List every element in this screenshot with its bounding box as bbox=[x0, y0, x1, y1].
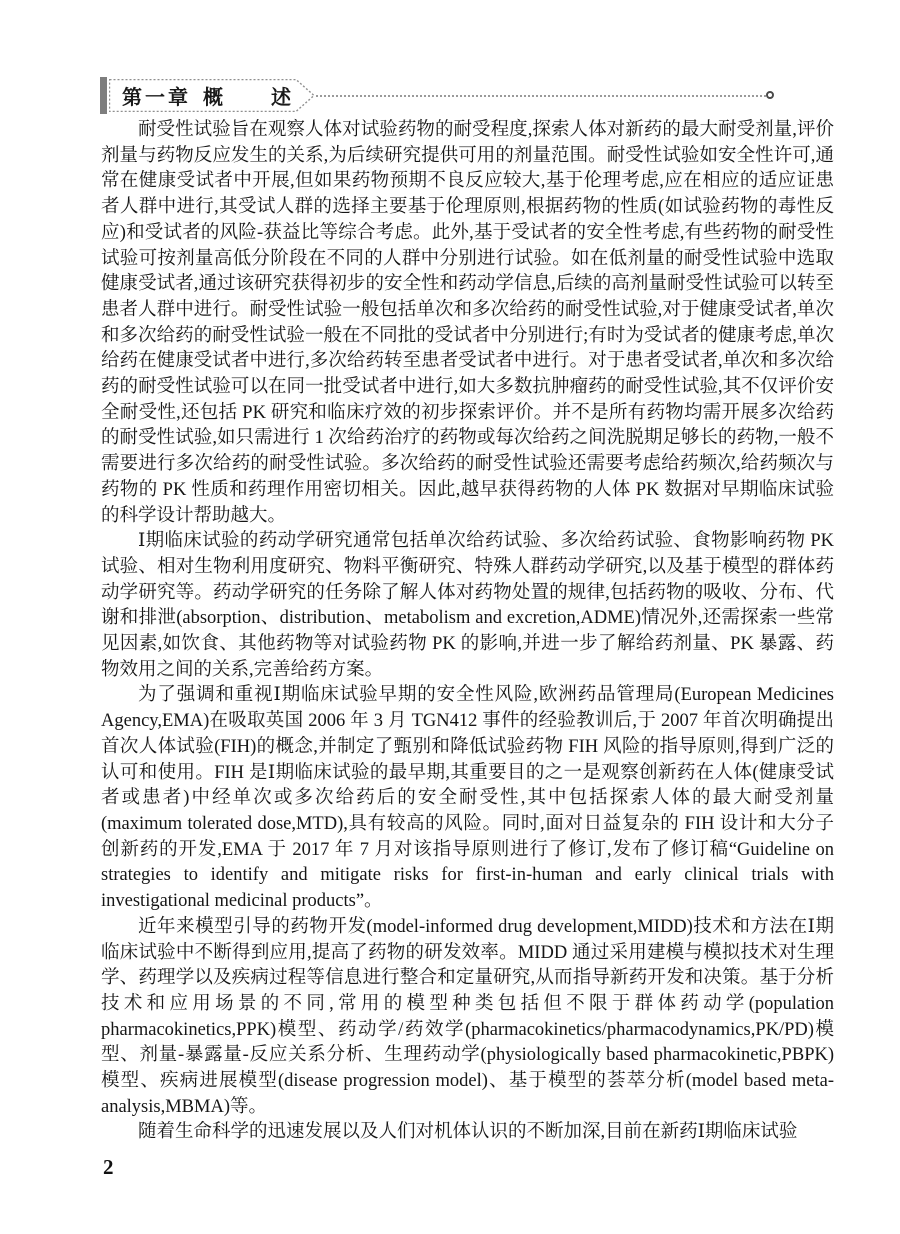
chapter-tab-text: 第一章 概 述 bbox=[122, 79, 305, 112]
paragraph-fih-ema: 为了强调和重视Ⅰ期临床试验早期的安全性风险,欧洲药品管理局(European M… bbox=[101, 683, 834, 914]
header-end-circle-icon bbox=[766, 91, 774, 99]
paragraph-life-science: 随着生命科学的迅速发展以及人们对机体认识的不断加深,目前在新药Ⅰ期临床试验 bbox=[101, 1120, 834, 1146]
paragraph-midd-models: 近年来模型引导的药物开发(model-informed drug develop… bbox=[101, 915, 834, 1121]
chapter-tab: 第一章 概 述 bbox=[109, 79, 315, 112]
page-footer: 2 bbox=[103, 1155, 114, 1180]
book-page: 第一章 概 述 耐受性试验旨在观察人体对试验药物的耐受程度,探索人体对新药的最大… bbox=[0, 0, 900, 1234]
header-dotted-rule bbox=[316, 95, 766, 97]
chapter-number: 第一章 bbox=[122, 81, 191, 110]
body-text: 耐受性试验旨在观察人体对试验药物的耐受程度,探索人体对新药的最大耐受剂量,评价剂… bbox=[101, 118, 834, 1146]
chapter-tab-bar bbox=[100, 77, 107, 114]
chapter-title: 概 述 bbox=[203, 81, 305, 110]
paragraph-pk-studies: Ⅰ期临床试验的药动学研究通常包括单次给药试验、多次给药试验、食物影响药物 PK … bbox=[101, 529, 834, 683]
chapter-header: 第一章 概 述 bbox=[0, 0, 900, 120]
paragraph-tolerability-overview: 耐受性试验旨在观察人体对试验药物的耐受程度,探索人体对新药的最大耐受剂量,评价剂… bbox=[101, 118, 834, 529]
page-number: 2 bbox=[103, 1155, 114, 1179]
